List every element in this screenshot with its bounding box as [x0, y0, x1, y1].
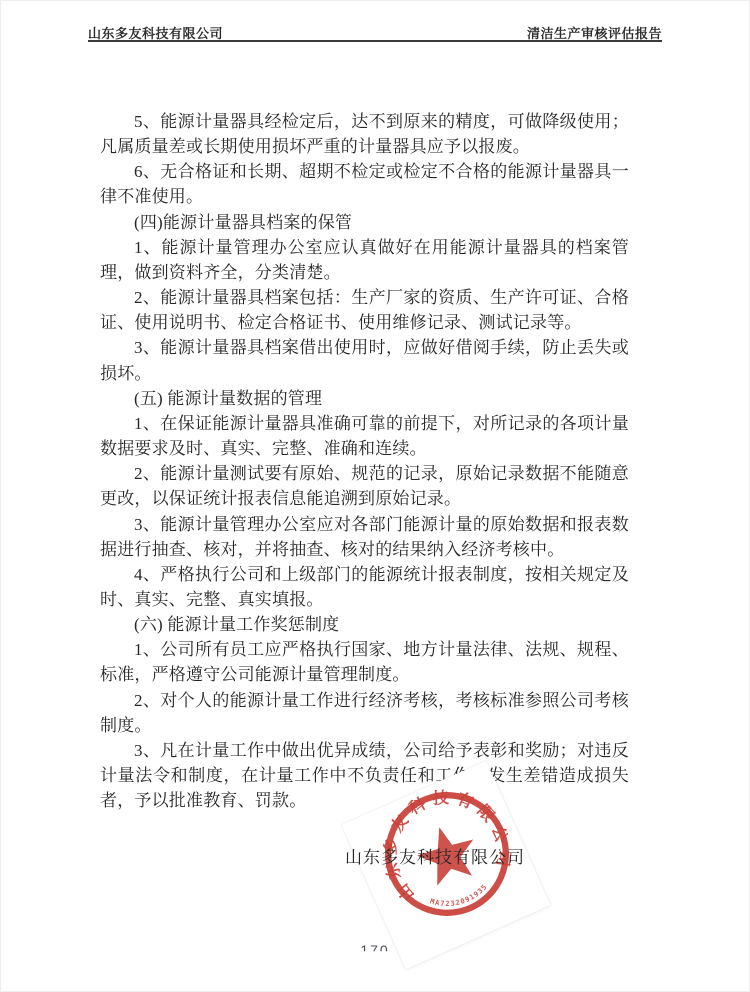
paragraph: 1、在保证能源计量器具准确可靠的前提下，对所记录的各项计量数据要求及时、真实、完… — [100, 411, 629, 461]
paragraph: 2、能源计量器具档案包括：生产厂家的资质、生产许可证、合格证、使用说明书、检定合… — [100, 285, 629, 335]
paragraph: 3、能源计量器具档案借出使用时，应做好借阅手续，防止丢失或损坏。 — [100, 335, 629, 385]
paragraph: 1、能源计量管理办公室应认真做好在用能源计量器具的档案管理，做到资料齐全，分类清… — [100, 235, 629, 285]
paragraph: (四)能源计量器具档案的保管 — [100, 210, 629, 235]
paragraph: (六) 能源计量工作奖惩制度 — [100, 612, 629, 637]
paragraph: 4、严格执行公司和上级部门的能源统计报表制度，按相关规定及时、真实、完整、真实填… — [100, 562, 629, 612]
paragraph: 1、公司所有员工应严格执行国家、地方计量法律、法规、规程、标准，严格遵守公司能源… — [100, 637, 629, 687]
paragraph: 5、能源计量器具经检定后，达不到原来的精度，可做降级使用；凡属质量差或长期使用损… — [100, 109, 629, 159]
header-rule — [88, 40, 662, 42]
signature-company-name: 山东多友科技有限公司 — [345, 843, 525, 868]
paragraph: 3、凡在计量工作中做出优异成绩，公司给予表彰和奖励；对违反计量法令和制度，在计量… — [100, 738, 629, 813]
document-page: 山东多友科技有限公司 清洁生产审核评估报告 5、能源计量器具经检定后，达不到原来… — [0, 0, 750, 992]
paragraph: 3、能源计量管理办公室应对各部门能源计量的原始数据和报表数据进行抽查、核对，并将… — [100, 512, 629, 562]
paragraph: (五) 能源计量数据的管理 — [100, 386, 629, 411]
paragraph: 2、对个人的能源计量工作进行经济考核，考核标准参照公司考核制度。 — [100, 688, 629, 738]
paragraph: 6、无合格证和长期、超期不检定或检定不合格的能源计量器具一律不准使用。 — [100, 159, 629, 209]
body-text: 5、能源计量器具经检定后，达不到原来的精度，可做降级使用；凡属质量差或长期使用损… — [100, 109, 629, 813]
paragraph: 2、能源计量测试要有原始、规范的记录，原始记录数据不能随意更改，以保证统计报表信… — [100, 461, 629, 511]
